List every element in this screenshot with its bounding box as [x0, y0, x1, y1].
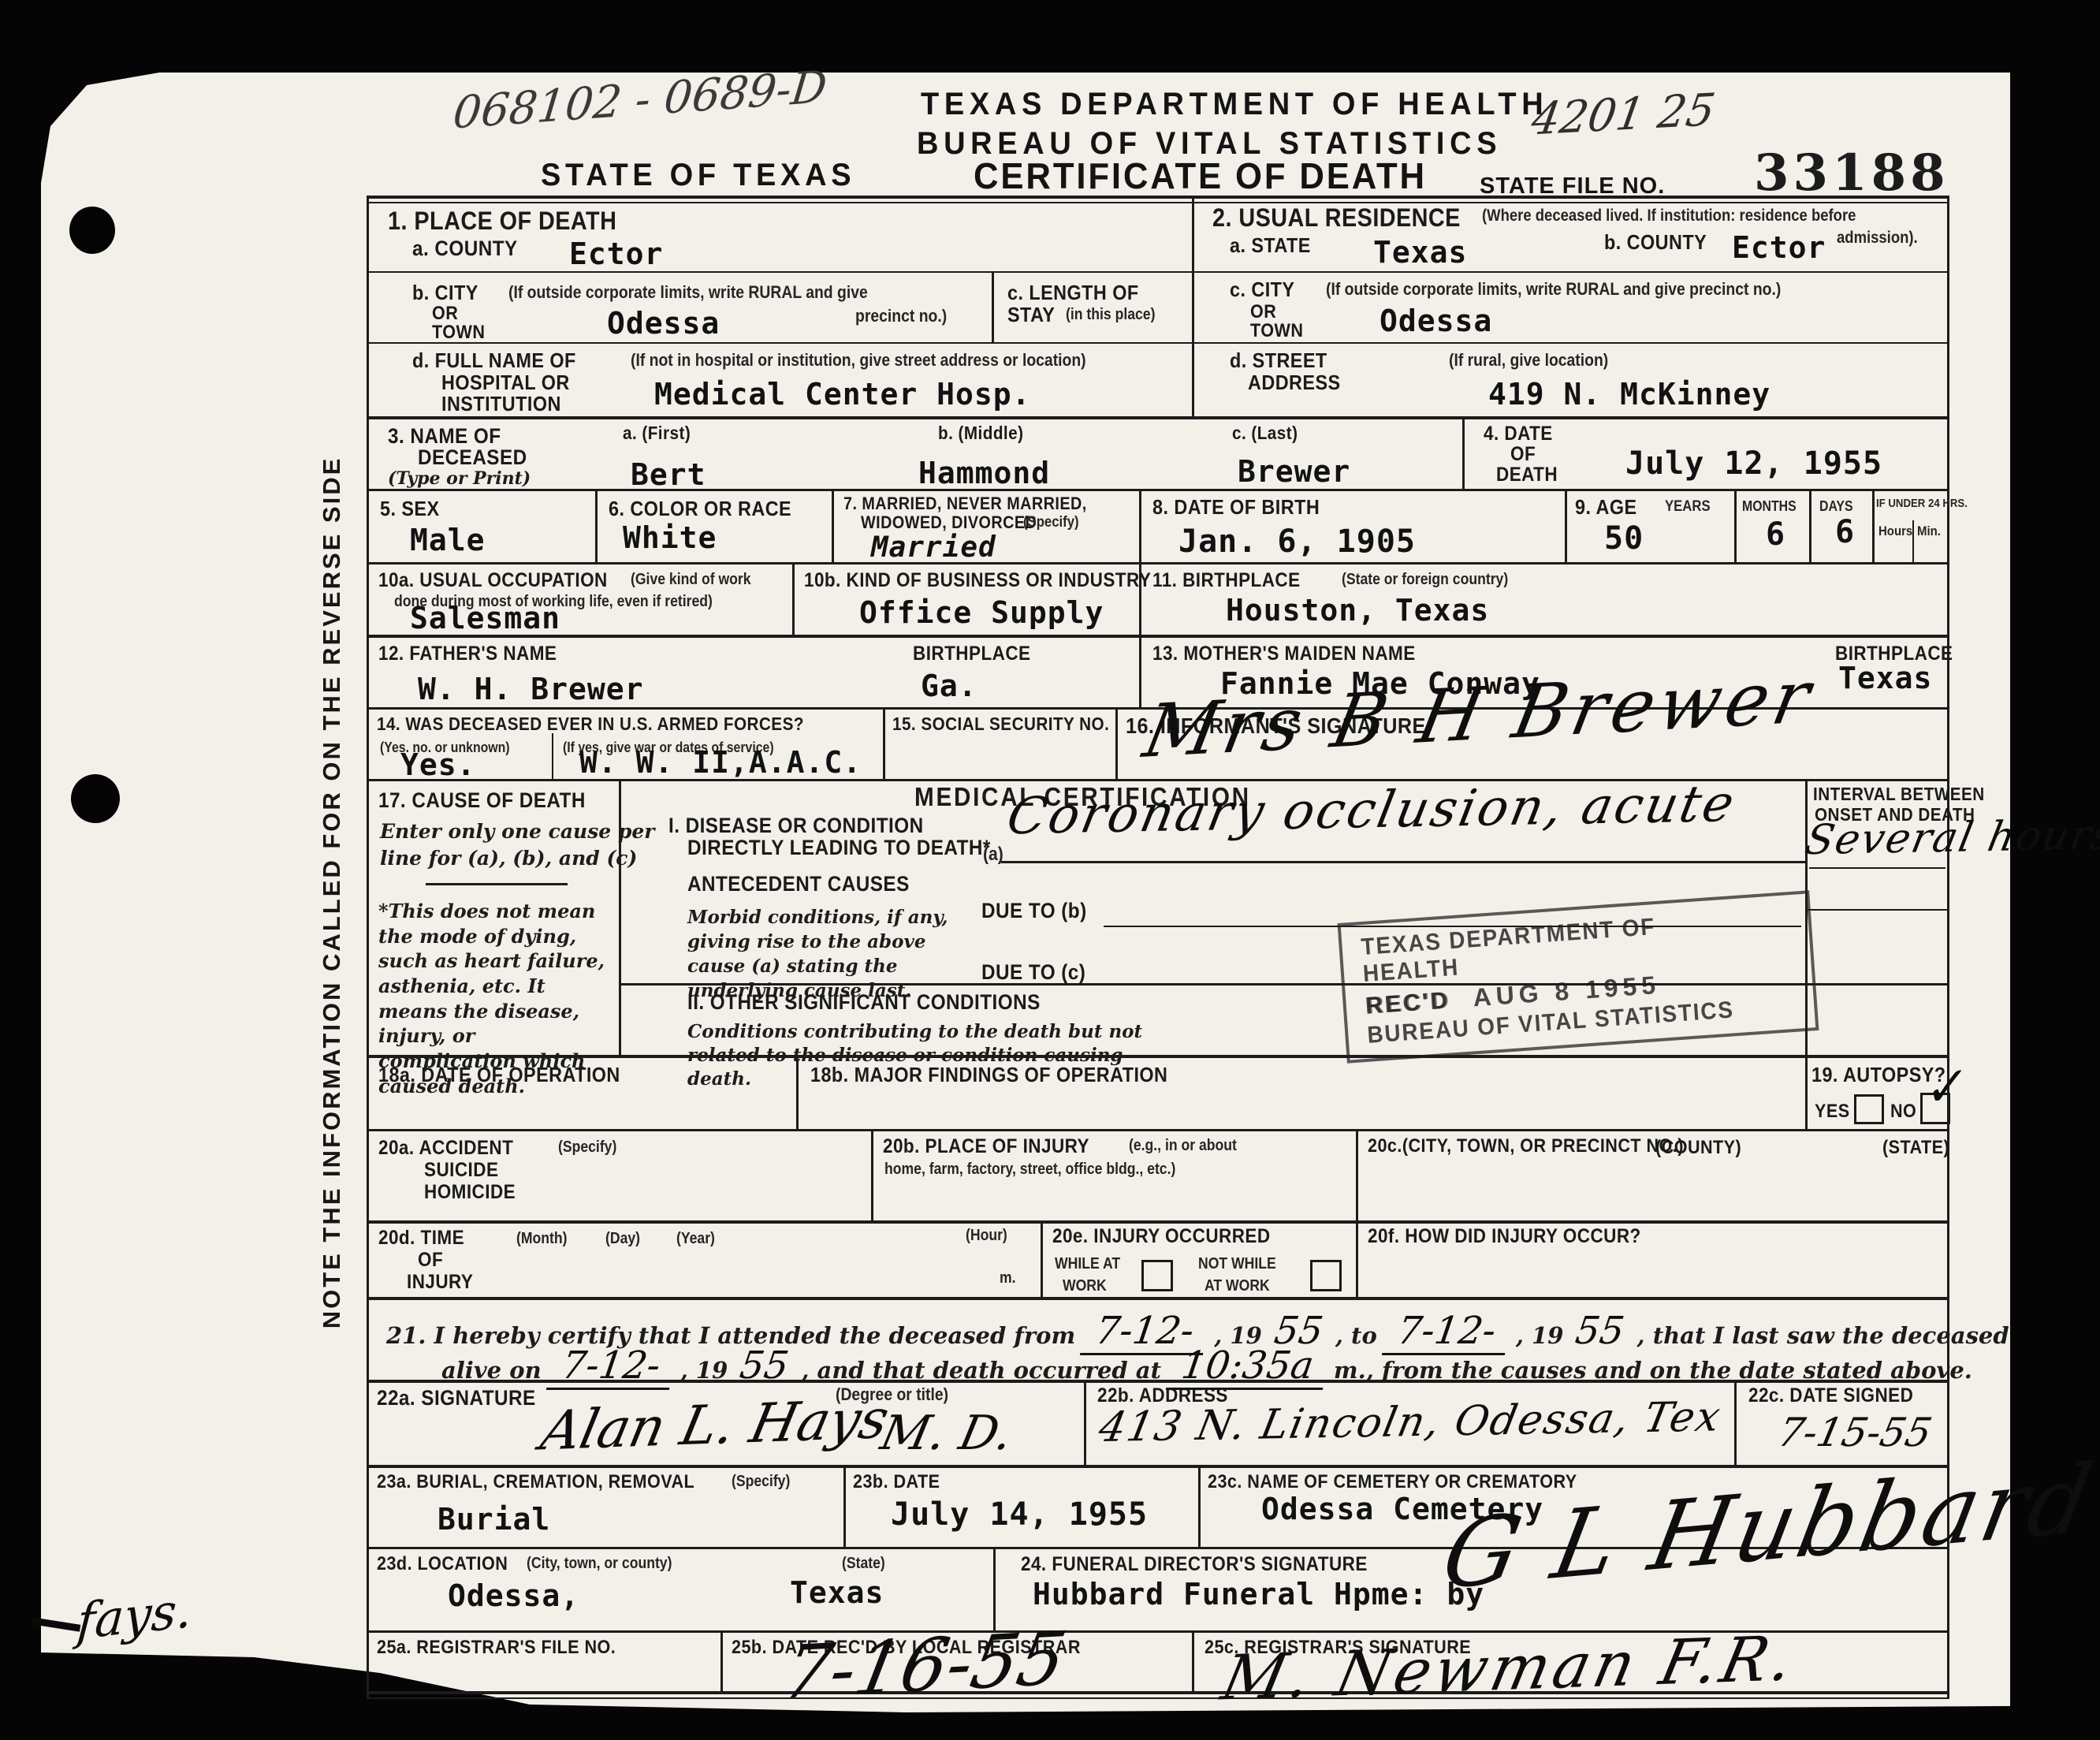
field-14-value1: Yes.: [400, 747, 476, 782]
field-2d-label: d. STREET: [1230, 348, 1327, 373]
cause-a-underline: [1001, 861, 1805, 863]
field-3-title3: (Type or Print): [388, 468, 531, 489]
field-7-label: 7. MARRIED, NEVER MARRIED,: [843, 494, 1087, 514]
field-1d-note: (If not in hospital or institution, give…: [631, 350, 1086, 371]
form-rule: [552, 733, 553, 779]
field-6-label: 6. COLOR OR RACE: [609, 497, 791, 521]
field-23d-note1: (City, town, or county): [527, 1555, 672, 1573]
form-rule: [843, 1465, 846, 1547]
field-3c-label: c. (Last): [1232, 423, 1298, 444]
form-rule: [1084, 1380, 1086, 1465]
field-2d-value: 419 N. McKinney: [1488, 377, 1770, 412]
field-7-note: (Specify): [1023, 514, 1079, 531]
funeral-home-typed: Hubbard Funeral Hpme: by: [1033, 1577, 1484, 1611]
form-rule: [1462, 416, 1465, 489]
field-9-days-value: 6: [1835, 514, 1855, 550]
form-rule: [367, 1697, 1947, 1699]
form-rule: [367, 342, 1947, 344]
field-9-hours-label: Hours: [1878, 523, 1912, 539]
field-23b-label: 23b. DATE: [853, 1471, 940, 1493]
field-1b-value: Odessa: [607, 306, 720, 341]
field-9-min-label: Min.: [1917, 523, 1941, 539]
certify-line-2: alive on 7-12- , 19 55 , and that death …: [441, 1343, 1972, 1390]
field-23a-label: 23a. BURIAL, CREMATION, REMOVAL: [377, 1471, 694, 1493]
morbid-conditions-note: Morbid conditions, if any, giving rise t…: [687, 905, 987, 1003]
form-rule: [720, 1630, 723, 1691]
field-20d-m: m.: [1000, 1269, 1016, 1287]
field-2b-value: Ector: [1732, 230, 1826, 265]
form-rule: [367, 196, 369, 1699]
field-2c-label-town: TOWN: [1250, 320, 1303, 342]
field-1a-label: a. COUNTY: [412, 237, 518, 261]
field-25a-label: 25a. REGISTRAR'S FILE NO.: [377, 1637, 616, 1659]
field-20d-month: (Month): [516, 1230, 568, 1248]
form-rule: [1356, 1129, 1358, 1220]
scanned-death-certificate: 068102 - 0689-D TEXAS DEPARTMENT OF HEAL…: [0, 0, 2100, 1740]
form-rule: [367, 1297, 1947, 1300]
cause-of-death-value: Coronary occlusion, acute: [1003, 779, 1741, 842]
state-file-no-label: STATE FILE NO.: [1480, 173, 1665, 199]
field-23b-value: July 14, 1955: [891, 1496, 1148, 1533]
field-12-birthplace-value: Ga.: [921, 669, 977, 703]
field-17-ia-label: (a): [983, 844, 1003, 866]
form-rule: [1805, 1055, 1808, 1129]
form-rule: [792, 562, 795, 635]
field-1-title: 1. PLACE OF DEATH: [388, 207, 616, 236]
antecedent-causes-label: ANTECEDENT CAUSES: [687, 872, 910, 896]
form-rule: [1809, 489, 1811, 562]
field-1d-value: Medical Center Hosp.: [654, 377, 1031, 412]
field-20d-label2: OF: [418, 1249, 443, 1272]
interval-label1: INTERVAL BETWEEN: [1813, 784, 1985, 805]
reverse-side-note: NOTE THE INFORMATION CALLED FOR ON THE R…: [318, 396, 352, 1389]
field-20b-label: 20b. PLACE OF INJURY: [883, 1135, 1089, 1158]
field-20c-state-label: (STATE): [1882, 1137, 1949, 1159]
form-rule: [1872, 489, 1875, 562]
form-rule: [1115, 707, 1118, 779]
field-8-value: Jan. 6, 1905: [1178, 523, 1416, 560]
not-while-at-work-checkbox: [1310, 1260, 1342, 1291]
field-18b-label: 18b. MAJOR FINDINGS OF OPERATION: [810, 1063, 1167, 1087]
form-rule: [992, 271, 994, 342]
autopsy-yes-checkbox: [1854, 1094, 1884, 1124]
certificate-title: CERTIFICATE OF DEATH: [974, 155, 1427, 197]
field-20a-label2: SUICIDE: [424, 1159, 498, 1182]
field-20e-label: 20e. INJURY OCCURRED: [1052, 1225, 1271, 1248]
field-20c-label: 20c.(CITY, TOWN, OR PRECINCT NO.): [1368, 1135, 1684, 1157]
field-2c-note: (If outside corporate limits, write RURA…: [1326, 279, 1781, 300]
field-7-value: Married: [871, 531, 996, 564]
stamp-recd: REC'D: [1365, 987, 1450, 1019]
field-9-months-value: 6: [1766, 516, 1785, 553]
field-6-value: White: [623, 520, 717, 555]
physician-address: 413 N. Lincoln, Odessa, Tex: [1096, 1396, 1725, 1448]
field-4-label3: DEATH: [1496, 464, 1558, 486]
form-rule: [1139, 635, 1141, 707]
field-23d-label: 23d. LOCATION: [377, 1553, 508, 1575]
field-3-title2: DECEASED: [418, 445, 527, 470]
field-23c-label: 23c. NAME OF CEMETERY OR CREMATORY: [1208, 1471, 1577, 1493]
field-11-value: Houston, Texas: [1226, 593, 1489, 628]
form-rule: [1139, 489, 1141, 562]
other-significant-conditions-label: II. OTHER SIGNIFICANT CONDITIONS: [687, 990, 1041, 1015]
field-3c-value: Brewer: [1238, 454, 1350, 489]
form-rule: [1192, 196, 1194, 416]
form-rule: [1192, 1630, 1194, 1691]
field-2d-label2: ADDRESS: [1248, 371, 1341, 395]
field-1d-label: d. FULL NAME OF: [412, 348, 576, 373]
form-rule: [367, 1465, 1947, 1468]
punch-hole-bottom: [71, 774, 120, 823]
form-rule: [1356, 1220, 1358, 1297]
state-file-no-value: 33188: [1754, 143, 1949, 203]
certify-alive-date: 7-12-: [546, 1343, 676, 1390]
form-rule: [595, 489, 598, 562]
form-rule: [367, 635, 1947, 638]
certify-text: , and that death occurred at: [801, 1357, 1161, 1384]
field-10a-note: (Give kind of work: [631, 571, 751, 589]
field-20f-label: 20f. HOW DID INJURY OCCUR?: [1368, 1225, 1641, 1248]
certify-text: alive on: [441, 1357, 542, 1384]
field-9-under24-label: IF UNDER 24 HRS.: [1876, 497, 1968, 510]
form-rule: [367, 271, 1947, 273]
form-rule: [367, 562, 1947, 564]
field-1b-label: b. CITY: [412, 281, 478, 305]
field-1b-note2: precinct no.): [855, 306, 947, 326]
field-12-value: W. H. Brewer: [418, 672, 644, 706]
field-20a-note: (Specify): [558, 1138, 616, 1157]
note-divider: [426, 883, 568, 885]
field-14-value2: W. W. II,A.A.C.: [579, 745, 862, 780]
certify-death-time: 10:35a: [1166, 1343, 1329, 1390]
field-20d-label3: INJURY: [407, 1271, 473, 1294]
field-17-label: 17. CAUSE OF DEATH: [378, 788, 586, 813]
bottom-margin-note: fays.: [76, 1585, 194, 1647]
due-to-c-label: DUE TO (c): [981, 960, 1085, 985]
field-10a-label: 10a. USUAL OCCUPATION: [378, 569, 608, 592]
due-to-b-label: DUE TO (b): [981, 899, 1087, 923]
interval-rule: [1805, 909, 1947, 911]
field-20b-note2: home, farm, factory, street, office bldg…: [884, 1161, 1175, 1179]
field-3b-value: Hammond: [918, 456, 1050, 490]
while-at-work-checkbox: [1141, 1260, 1173, 1291]
field-12-label: 12. FATHER'S NAME: [378, 643, 557, 665]
field-14-label: 14. WAS DECEASED EVER IN U.S. ARMED FORC…: [377, 714, 804, 735]
field-13-birthplace-value: Texas: [1838, 661, 1932, 695]
field-2d-note: (If rural, give location): [1449, 350, 1608, 371]
form-rule: [1912, 520, 1914, 562]
field-2a-value: Texas: [1373, 235, 1467, 270]
field-20d-day: (Day): [605, 1230, 640, 1248]
form-rule: [883, 707, 885, 779]
state-of-texas: STATE OF TEXAS: [541, 158, 855, 193]
field-5-label: 5. SEX: [380, 497, 440, 521]
field-8-label: 8. DATE OF BIRTH: [1152, 495, 1320, 520]
field-3a-value: Bert: [631, 457, 706, 492]
batch-handwriting: 4201 25: [1528, 88, 1718, 143]
field-17-i-label2: DIRECTLY LEADING TO DEATH*: [687, 836, 991, 860]
field-4-label: 4. DATE: [1484, 423, 1553, 445]
form-rule: [1734, 1380, 1737, 1465]
field-24-label: 24. FUNERAL DIRECTOR'S SIGNATURE: [1021, 1553, 1368, 1576]
field-11-label: 11. BIRTHPLACE: [1152, 569, 1301, 592]
form-rule: [367, 1220, 1947, 1224]
field-3a-label: a. (First): [623, 423, 691, 444]
field-23d-note2: (State): [842, 1555, 885, 1573]
field-1c-label2: STAY: [1007, 303, 1055, 327]
field-20d-label: 20d. TIME: [378, 1227, 464, 1250]
field-1d-label3: INSTITUTION: [441, 392, 561, 416]
field-20a-label3: HOMICIDE: [424, 1181, 516, 1204]
form-rule: [367, 202, 1947, 203]
field-9-label: 9. AGE: [1575, 495, 1637, 520]
field-10b-value: Office Supply: [859, 595, 1104, 630]
field-9-days-label: DAYS: [1819, 498, 1853, 515]
form-rule: [367, 489, 1947, 491]
form-rule: [832, 489, 834, 562]
field-2c-value: Odessa: [1380, 304, 1492, 338]
field-10a-value: Salesman: [410, 601, 560, 635]
interval-value: Several hours: [1802, 814, 2100, 861]
field-2-title: 2. USUAL RESIDENCE: [1212, 203, 1461, 233]
field-23a-note: (Specify): [732, 1473, 790, 1491]
field-23a-value: Burial: [438, 1502, 550, 1537]
autopsy-yes-label: YES: [1815, 1101, 1850, 1123]
field-20e-while2: WORK: [1063, 1277, 1107, 1295]
field-9-years-value: 50: [1604, 520, 1644, 557]
field-20e-not2: AT WORK: [1205, 1277, 1270, 1295]
field-4-label2: OF: [1510, 443, 1536, 466]
field-11-note: (State or foreign country): [1342, 571, 1508, 589]
field-2a-label: a. STATE: [1230, 233, 1311, 258]
form-rule: [1734, 489, 1737, 562]
field-20a-label: 20a. ACCIDENT: [378, 1137, 513, 1160]
field-2b-label: b. COUNTY: [1604, 230, 1707, 255]
field-1a-value: Ector: [569, 237, 663, 271]
field-12-birthplace-label: BIRTHPLACE: [913, 643, 1030, 665]
agency-line-1: TEXAS DEPARTMENT OF HEALTH: [921, 87, 1548, 122]
field-15-label: 15. SOCIAL SECURITY NO.: [892, 714, 1109, 735]
physician-degree: M. D.: [877, 1410, 1016, 1457]
field-9-months-label: MONTHS: [1742, 498, 1797, 515]
field-9-years-label: YEARS: [1665, 498, 1711, 516]
field-2-note: (Where deceased lived. If institution: r…: [1482, 207, 1856, 225]
field-10b-label: 10b. KIND OF BUSINESS OR INDUSTRY: [804, 569, 1151, 592]
field-2c-label: c. CITY: [1230, 278, 1294, 302]
field-5-value: Male: [410, 523, 486, 557]
certify-text: m., from the causes and on the date stat…: [1334, 1357, 1972, 1384]
form-rule: [1565, 489, 1567, 562]
form-rule: [1198, 1465, 1201, 1547]
form-rule: [1041, 1220, 1043, 1297]
form-rule: [367, 416, 1947, 419]
certify-text: , 19: [680, 1357, 728, 1384]
field-17-i-label: I. DISEASE OR CONDITION: [668, 814, 924, 838]
physician-signature: Alan L. Hays: [536, 1393, 893, 1459]
field-1c-label: c. LENGTH OF: [1007, 281, 1139, 305]
autopsy-no-label: NO: [1890, 1101, 1916, 1123]
field-17-note1b: line for (a), (b), and (c): [380, 847, 637, 870]
field-3b-label: b. (Middle): [938, 423, 1023, 444]
field-1b-label-town: TOWN: [432, 322, 485, 344]
form-rule: [367, 1129, 1947, 1131]
certify-alive-year: 55: [732, 1343, 796, 1388]
field-23d-state-value: Texas: [790, 1575, 884, 1610]
punch-hole-top: [69, 207, 115, 254]
form-rule: [871, 1129, 873, 1220]
field-13-label: 13. MOTHER'S MAIDEN NAME: [1152, 643, 1416, 665]
field-23d-city-value: Odessa,: [448, 1578, 579, 1613]
field-20d-hour: (Hour): [966, 1227, 1007, 1245]
field-18a-label: 18a. DATE OF OPERATION: [378, 1063, 620, 1087]
field-1b-note: (If outside corporate limits, write RURA…: [508, 282, 868, 303]
field-17-note1a: Enter only one cause per: [380, 820, 654, 843]
field-20c-county-label: (COUNTY): [1655, 1137, 1741, 1159]
field-4-value: July 12, 1955: [1625, 445, 1882, 482]
field-20e-not1: NOT WHILE: [1198, 1255, 1276, 1273]
field-1c-note: (in this place): [1066, 306, 1155, 324]
date-received-value: 7-16-55: [778, 1622, 1071, 1710]
form-rule: [993, 1547, 996, 1630]
interval-underline: [1809, 867, 1945, 869]
autopsy-no-checkmark: ✓: [1919, 1060, 1968, 1116]
field-7-label2: WIDOWED, DIVORCED: [861, 512, 1037, 533]
field-20b-note1: (e.g., in or about: [1129, 1137, 1237, 1155]
field-2-note2: admission).: [1837, 229, 1918, 248]
field-20d-year: (Year): [676, 1230, 715, 1248]
date-signed-value: 7-15-55: [1774, 1413, 1934, 1452]
field-20e-while1: WHILE AT: [1055, 1255, 1120, 1273]
